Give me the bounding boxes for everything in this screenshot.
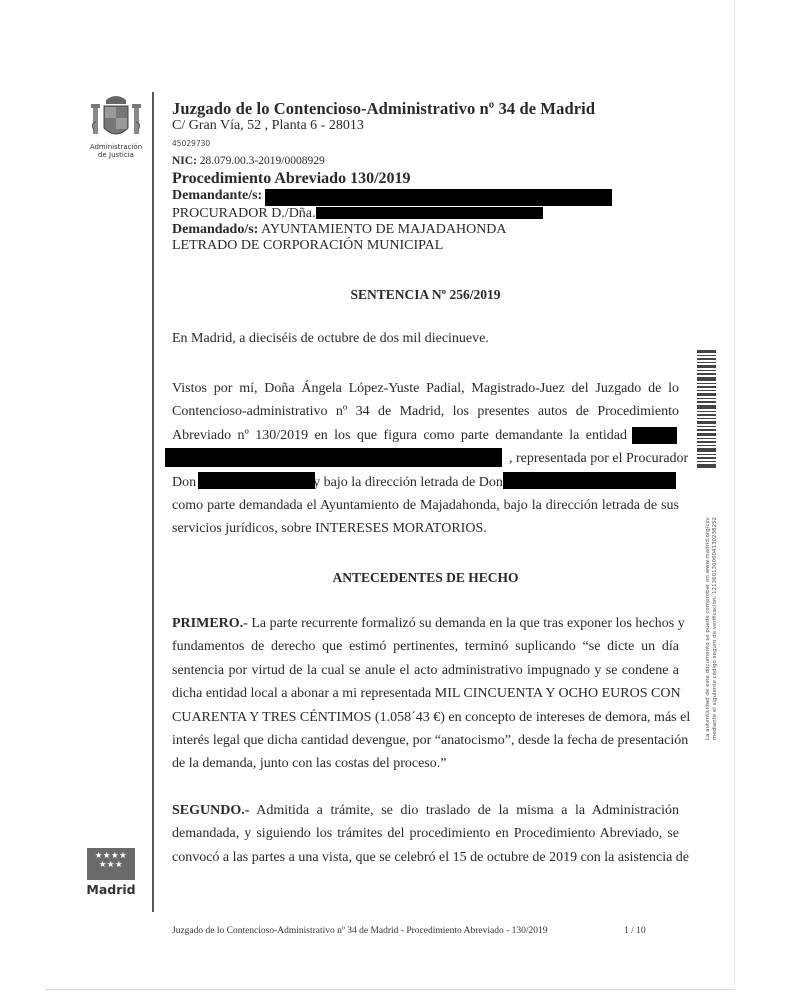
segundo-paragraph: SEGUNDO.- Admitida a trámite, se dio tra… bbox=[172, 799, 679, 869]
sentence-title: SENTENCIA Nº 256/2019 bbox=[172, 287, 679, 303]
plaintiff-row: Demandante/s: bbox=[172, 188, 262, 204]
redaction-plaintiff bbox=[265, 189, 612, 206]
madrid-flag-icon: ★★★★ ★★★ bbox=[87, 848, 135, 880]
footer-text: Juzgado de lo Contencioso-Administrativo… bbox=[172, 926, 548, 936]
scan-edge-right bbox=[734, 0, 735, 990]
defendant-row: Demandado/s: AYUNTAMIENTO DE MAJADAHONDA bbox=[172, 222, 507, 238]
primero-paragraph: PRIMERO.- La parte recurrente formalizó … bbox=[172, 612, 679, 776]
barcode-icon bbox=[697, 350, 716, 468]
coat-of-arms-icon bbox=[90, 94, 142, 142]
court-title: Juzgado de lo Contencioso-Administrativo… bbox=[172, 99, 595, 119]
court-address: C/ Gran Vía, 52 , Planta 6 - 28013 bbox=[172, 118, 364, 134]
redaction-entity-name bbox=[165, 448, 502, 467]
procurador-label: PROCURADOR D./Dña. bbox=[172, 206, 316, 221]
defendant-value: AYUNTAMIENTO DE MAJADAHONDA bbox=[261, 222, 506, 237]
verification-text: La autenticidad de este documento se pue… bbox=[705, 517, 719, 740]
madrid-logo-label: Madrid bbox=[82, 882, 140, 897]
defendant-lawyer: LETRADO DE CORPORACIÓN MUNICIPAL bbox=[172, 238, 443, 254]
redaction-entity bbox=[632, 427, 677, 444]
page-number: 1 / 10 bbox=[624, 926, 646, 936]
justice-logo-label: Administración de Justicia bbox=[78, 143, 154, 159]
procedure-title: Procedimiento Abreviado 130/2019 bbox=[172, 170, 411, 188]
scan-edge bbox=[45, 989, 735, 990]
date-line: En Madrid, a dieciséis de octubre de dos… bbox=[172, 331, 489, 347]
plaintiff-label: Demandante/s: bbox=[172, 188, 262, 203]
defendant-label: Demandado/s: bbox=[172, 222, 258, 237]
primero-label: PRIMERO.- bbox=[172, 616, 248, 631]
nic-label: NIC: bbox=[172, 155, 197, 167]
nic-line: NIC: 28.079.00.3-2019/0008929 bbox=[172, 155, 325, 167]
margin-rule bbox=[152, 92, 154, 912]
nic-value: 28.079.00.3-2019/0008929 bbox=[200, 155, 325, 167]
redaction-procurador bbox=[316, 207, 543, 219]
segundo-label: SEGUNDO.- bbox=[172, 803, 249, 818]
internal-code: 45029730 bbox=[172, 139, 210, 148]
section-title: ANTECEDENTES DE HECHO bbox=[172, 570, 679, 586]
procurador-row: PROCURADOR D./Dña. bbox=[172, 206, 316, 222]
redaction-lawyer-name bbox=[503, 472, 676, 489]
redaction-procurador-name bbox=[198, 472, 315, 489]
